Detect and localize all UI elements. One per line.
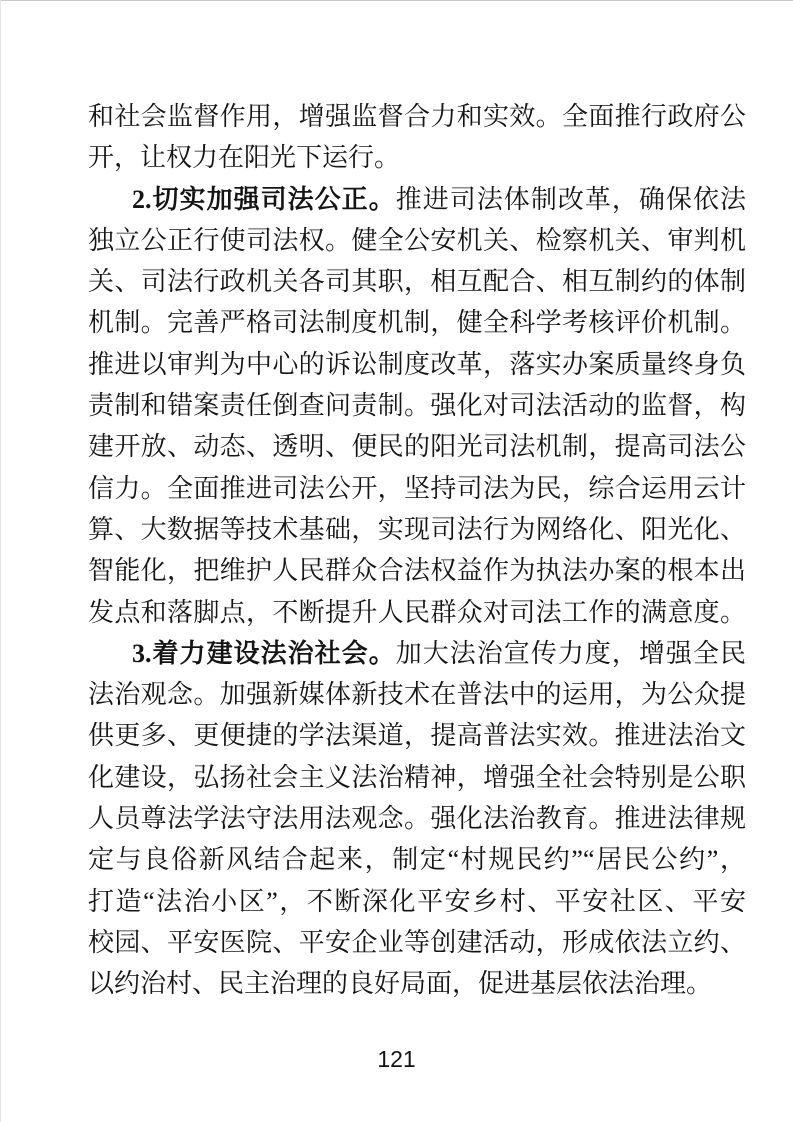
line-text: 推进司法体制改革，确保依法 bbox=[396, 185, 746, 214]
text-line: 化建设，弘扬社会主义法治精神，增强全社会特别是公职 bbox=[88, 757, 746, 798]
line-text: 发点和落脚点，不断提升人民群众对司法工作的满意度。 bbox=[88, 598, 746, 627]
line-text: 定与良俗新风结合起来，制定“村规民约”“居民公约”， bbox=[88, 845, 746, 874]
text-line: 独立公正行使司法权。健全公安机关、检察机关、审判机 bbox=[88, 220, 746, 261]
text-line: 责制和错案责任倒查问责制。强化对司法活动的监督，构 bbox=[88, 385, 746, 426]
line-text: 信力。全面推进司法公开，坚持司法为民，综合运用云计 bbox=[88, 474, 746, 503]
text-line: 以约治村、民主治理的良好局面，促进基层依法治理。 bbox=[88, 963, 746, 1004]
text-line: 人员尊法学法守法用法观念。强化法治教育。推进法律规 bbox=[88, 798, 746, 839]
text-line: 定与良俗新风结合起来，制定“村规民约”“居民公约”， bbox=[88, 839, 746, 880]
text-line: 信力。全面推进司法公开，坚持司法为民，综合运用云计 bbox=[88, 468, 746, 509]
section-heading: 3.着力建设法治社会。 bbox=[132, 639, 396, 668]
text-line: 和社会监督作用，增强监督合力和实效。全面推行政府公 bbox=[88, 96, 746, 137]
line-text: 关、司法行政机关各司其职，相互配合、相互制约的体制 bbox=[88, 267, 746, 296]
text-line: 推进以审判为中心的诉讼制度改革，落实办案质量终身负 bbox=[88, 344, 746, 385]
text-line: 发点和落脚点，不断提升人民群众对司法工作的满意度。 bbox=[88, 592, 746, 633]
text-line: 建开放、动态、透明、便民的阳光司法机制，提高司法公 bbox=[88, 426, 746, 467]
text-line: 法治观念。加强新媒体新技术在普法中的运用，为公众提 bbox=[88, 674, 746, 715]
line-text: 建开放、动态、透明、便民的阳光司法机制，提高司法公 bbox=[88, 432, 746, 461]
line-text: 法治观念。加强新媒体新技术在普法中的运用，为公众提 bbox=[88, 680, 746, 709]
text-line: 供更多、更便捷的学法渠道，提高普法实效。推进法治文 bbox=[88, 715, 746, 756]
text-line: 打造“法治小区”，不断深化平安乡村、平安社区、平安 bbox=[88, 881, 746, 922]
line-text: 责制和错案责任倒查问责制。强化对司法活动的监督，构 bbox=[88, 391, 746, 420]
line-text: 和社会监督作用，增强监督合力和实效。全面推行政府公 bbox=[88, 102, 746, 131]
line-text: 智能化，把维护人民群众合法权益作为执法办案的根本出 bbox=[88, 556, 746, 585]
line-text: 独立公正行使司法权。健全公安机关、检察机关、审判机 bbox=[88, 226, 746, 255]
text-line: 3.着力建设法治社会。加大法治宣传力度，增强全民 bbox=[88, 633, 746, 674]
text-line: 校园、平安医院、平安企业等创建活动，形成依法立约、 bbox=[88, 922, 746, 963]
text-line: 机制。完善严格司法制度机制，健全科学考核评价机制。 bbox=[88, 302, 746, 343]
page-body-text: 和社会监督作用，增强监督合力和实效。全面推行政府公开，让权力在阳光下运行。2.切… bbox=[88, 96, 746, 1005]
line-text: 加大法治宣传力度，增强全民 bbox=[396, 639, 746, 668]
scan-left-edge-line bbox=[0, 0, 1, 1122]
line-text: 机制。完善严格司法制度机制，健全科学考核评价机制。 bbox=[88, 308, 746, 337]
document-page: 和社会监督作用，增强监督合力和实效。全面推行政府公开，让权力在阳光下运行。2.切… bbox=[0, 0, 793, 1122]
line-text: 算、大数据等技术基础，实现司法行为网络化、阳光化、 bbox=[88, 515, 746, 544]
text-line: 智能化，把维护人民群众合法权益作为执法办案的根本出 bbox=[88, 550, 746, 591]
line-text: 以约治村、民主治理的良好局面，促进基层依法治理。 bbox=[88, 969, 712, 998]
line-text: 人员尊法学法守法用法观念。强化法治教育。推进法律规 bbox=[88, 804, 746, 833]
section-heading: 2.切实加强司法公正。 bbox=[132, 185, 396, 214]
text-line: 关、司法行政机关各司其职，相互配合、相互制约的体制 bbox=[88, 261, 746, 302]
text-line: 开，让权力在阳光下运行。 bbox=[88, 137, 746, 178]
line-text: 开，让权力在阳光下运行。 bbox=[88, 143, 400, 172]
scan-top-edge-line bbox=[0, 0, 793, 1]
line-text: 化建设，弘扬社会主义法治精神，增强全社会特别是公职 bbox=[88, 763, 746, 792]
text-line: 2.切实加强司法公正。推进司法体制改革，确保依法 bbox=[88, 179, 746, 220]
line-text: 推进以审判为中心的诉讼制度改革，落实办案质量终身负 bbox=[88, 350, 746, 379]
page-number: 121 bbox=[0, 1046, 793, 1073]
text-line: 算、大数据等技术基础，实现司法行为网络化、阳光化、 bbox=[88, 509, 746, 550]
line-text: 供更多、更便捷的学法渠道，提高普法实效。推进法治文 bbox=[88, 721, 746, 750]
line-text: 校园、平安医院、平安企业等创建活动，形成依法立约、 bbox=[88, 928, 746, 957]
line-text: 打造“法治小区”，不断深化平安乡村、平安社区、平安 bbox=[88, 887, 746, 916]
